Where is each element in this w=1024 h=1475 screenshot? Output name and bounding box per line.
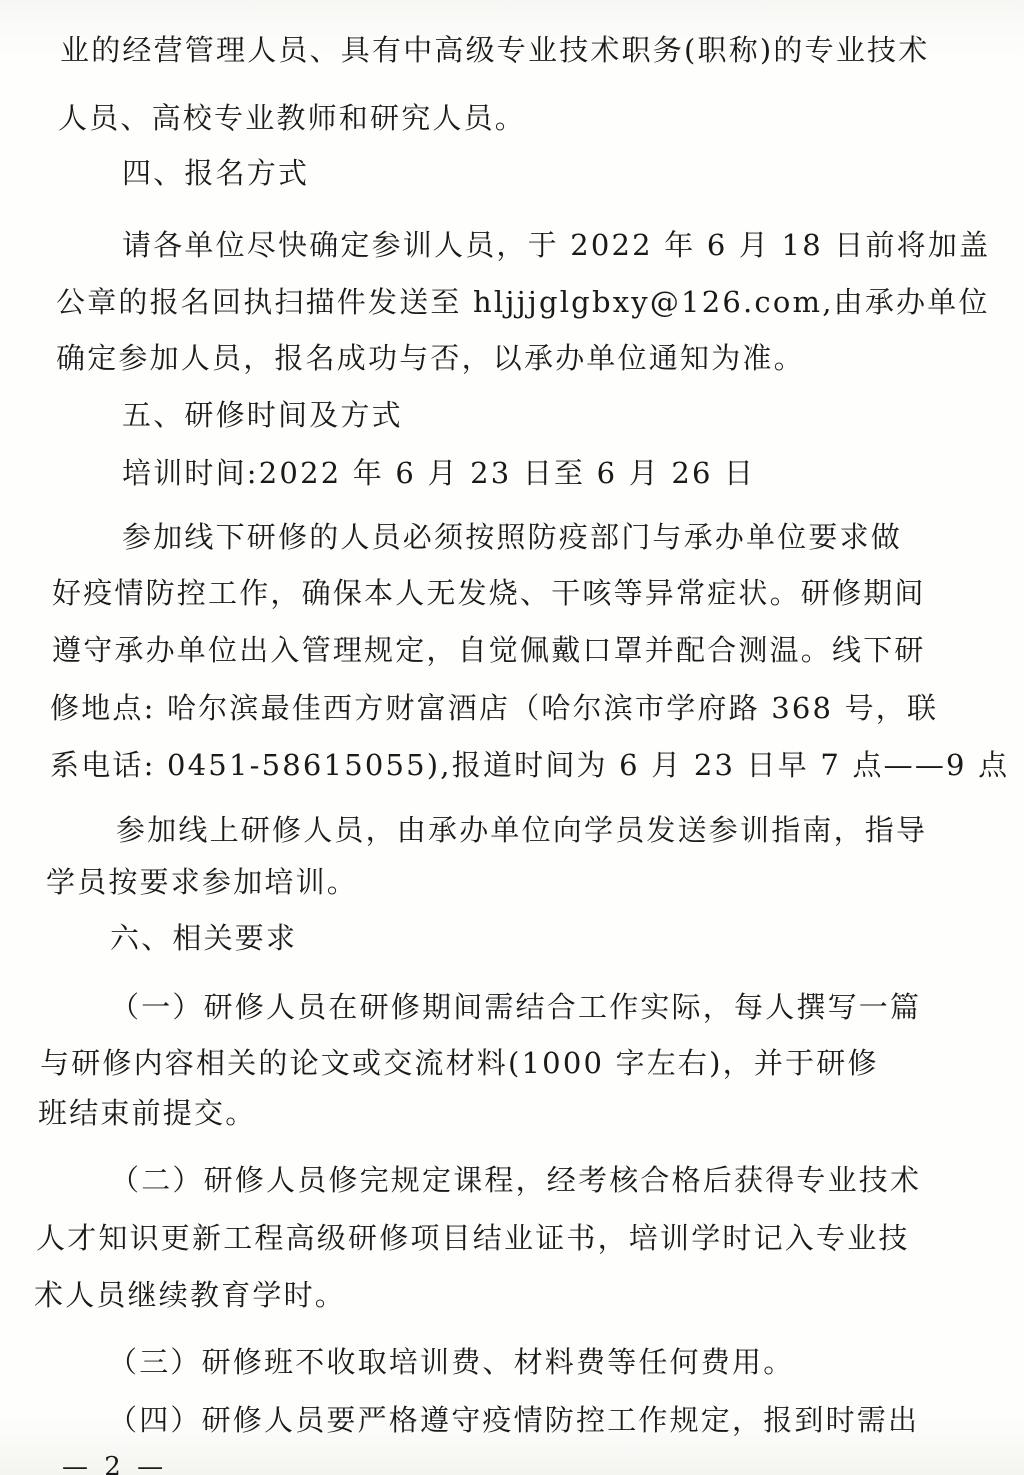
paragraph-line: 参加线下研修的人员必须按照防疫部门与承办单位要求做 [122, 517, 902, 557]
requirement-item-2: （二）研修人员修完规定课程，经考核合格后获得专业技术 [110, 1160, 921, 1200]
paragraph-line: 人员、高校专业教师和研究人员。 [58, 98, 526, 138]
paragraph-line: 人才知识更新工程高级研修项目结业证书，培训学时记入专业技 [36, 1218, 910, 1258]
paragraph-line: 参加线上研修人员，由承办单位向学员发送参训指南，指导 [116, 810, 927, 850]
page-number: — 2 — [62, 1452, 167, 1475]
paragraph-line: 确定参加人员，报名成功与否，以承办单位通知为准。 [56, 338, 805, 378]
paragraph-line: 好疫情防控工作，确保本人无发烧、干咳等异常症状。研修期间 [52, 573, 926, 613]
paragraph-line: 与研修内容相关的论文或交流材料(1000 字左右)，并于研修 [40, 1043, 879, 1083]
paragraph-line: 学员按要求参加培训。 [46, 862, 358, 902]
section-heading-registration: 四、报名方式 [122, 153, 309, 193]
document-page: 业的经营管理人员、具有中高级专业技术职务(职称)的专业技术 人员、高校专业教师和… [0, 0, 1024, 1475]
paragraph-line: 术人员继续教育学时。 [34, 1275, 346, 1315]
section-heading-requirements: 六、相关要求 [110, 918, 297, 958]
requirement-item-4: （四）研修人员要严格遵守疫情防控工作规定，报到时需出 [108, 1400, 919, 1440]
paragraph-line: 业的经营管理人员、具有中高级专业技术职务(职称)的专业技术 [60, 30, 929, 70]
requirement-item-3: （三）研修班不收取培训费、材料费等任何费用。 [108, 1342, 794, 1382]
paragraph-line-email: 公章的报名回执扫描件发送至 hljjjglgbxy@126.com,由承办单位 [56, 282, 990, 322]
paragraph-line: 班结束前提交。 [38, 1093, 256, 1133]
paragraph-line: 请各单位尽快确定参训人员，于 2022 年 6 月 18 日前将加盖 [122, 225, 990, 265]
section-heading-schedule: 五、研修时间及方式 [122, 395, 403, 435]
training-time: 培训时间:2022 年 6 月 23 日至 6 月 26 日 [122, 453, 755, 493]
paragraph-line-contact: 系电话: 0451-58615055),报道时间为 6 月 23 日早 7 点—… [50, 745, 1009, 785]
paragraph-line-venue: 修地点: 哈尔滨最佳西方财富酒店（哈尔滨市学府路 368 号，联 [50, 688, 938, 728]
requirement-item-1: （一）研修人员在研修期间需结合工作实际，每人撰写一篇 [110, 987, 921, 1027]
paragraph-line: 遵守承办单位出入管理规定，自觉佩戴口罩并配合测温。线下研 [52, 630, 926, 670]
